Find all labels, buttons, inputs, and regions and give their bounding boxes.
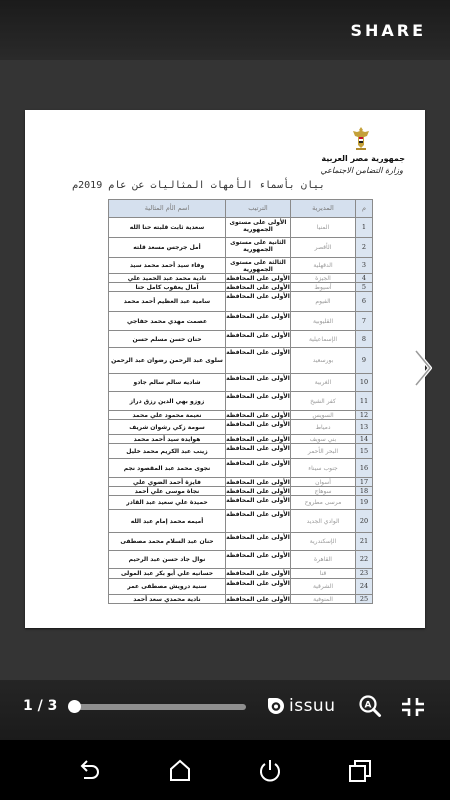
cell-rank: الأولى على المحافظة [226, 274, 291, 283]
cell-directorate: الوادي الجديد [291, 510, 356, 533]
cell-directorate: المنيا [291, 218, 356, 238]
header-rank: الترتيب [226, 200, 291, 218]
cell-directorate: سوهاج [291, 487, 356, 496]
mothers-table: م المديرية الترتيب اسم الأم المثالية 1ال… [108, 199, 373, 604]
cell-directorate: بني سويف [291, 435, 356, 444]
cell-num: 5 [356, 283, 373, 292]
table-row: 16جنوب سيناءالأولى على المحافظةنجوى محمد… [109, 459, 373, 478]
cell-rank: الأولى على المحافظة [226, 595, 291, 604]
cell-num: 15 [356, 444, 373, 459]
header-directorate: المديرية [291, 200, 356, 218]
cell-directorate: الأقصر [291, 238, 356, 258]
cell-name: نعيمة محمود علي محمد [109, 411, 226, 420]
cell-name: عصمت مهدي محمد خفاجي [109, 312, 226, 331]
zoom-search-icon[interactable]: A [358, 694, 382, 718]
cell-directorate: الغربية [291, 374, 356, 392]
cell-name: سنية درويش مصطفى عمر [109, 579, 226, 595]
cell-name: وفاء سيد أحمد محمد سيد [109, 258, 226, 274]
cell-name: شاديه سالم سالم جادو [109, 374, 226, 392]
table-row: 1المنياالأولى على مستوى الجمهوريةسعدية ث… [109, 218, 373, 238]
page-slider[interactable] [70, 704, 246, 710]
cell-name: نادية محمد عبد الحميد علي [109, 274, 226, 283]
page-indicator: 1 / 3 [23, 698, 57, 714]
cell-directorate: مرسى مطروح [291, 496, 356, 510]
android-nav-bar [0, 740, 450, 800]
issuu-logo-link[interactable]: issuu [266, 695, 336, 717]
table-row: 23قناالأولى على المحافظةحسانيه علي أبو ب… [109, 569, 373, 579]
cell-directorate: القاهرة [291, 551, 356, 569]
table-row: 7القليوبيةالأولى على المحافظةعصمت مهدي م… [109, 312, 373, 331]
cell-name: نوال جاد حسن عبد الرحيم [109, 551, 226, 569]
reader-controls-bar: 1 / 3 issuu A [0, 680, 450, 740]
cell-directorate: الشرقية [291, 579, 356, 595]
recent-apps-icon[interactable] [347, 758, 373, 784]
cell-rank: الثانية على مستوى الجمهورية [226, 238, 291, 258]
cell-directorate: الدقهلية [291, 258, 356, 274]
cell-num: 11 [356, 392, 373, 411]
table-row: 4الجيزةالأولى على المحافظةنادية محمد عبد… [109, 274, 373, 283]
cell-rank: الأولى على المحافظة [226, 392, 291, 411]
page-slider-thumb[interactable] [68, 700, 81, 713]
cell-name: نجاة موسى علي أحمد [109, 487, 226, 496]
cell-num: 19 [356, 496, 373, 510]
cell-name: سامية عبد العظيم أحمد محمد [109, 292, 226, 312]
cell-directorate: الإسماعيلية [291, 331, 356, 348]
cell-directorate: الإسكندرية [291, 533, 356, 551]
cell-rank: الأولى على المحافظة [226, 579, 291, 595]
cell-num: 23 [356, 569, 373, 579]
cell-name: حنان عبد السلام محمد مصطفى [109, 533, 226, 551]
cell-directorate: البحر الأحمر [291, 444, 356, 459]
cell-name: حنان حسن مسلم حسن [109, 331, 226, 348]
cell-num: 7 [356, 312, 373, 331]
cell-num: 25 [356, 595, 373, 604]
svg-text:A: A [365, 701, 372, 711]
table-row: 6الفيومالأولى على المحافظةسامية عبد العظ… [109, 292, 373, 312]
cell-num: 16 [356, 459, 373, 478]
government-name: جمهورية مصر العربية [321, 154, 405, 163]
table-row: 9بورسعيدالأولى على المحافظةسلوى عبد الرح… [109, 348, 373, 374]
cell-num: 2 [356, 238, 373, 258]
cell-name: أمل جرجس مسعد قلته [109, 238, 226, 258]
cell-name: نجوى محمد عبد المقصود نجم [109, 459, 226, 478]
cell-num: 6 [356, 292, 373, 312]
header-name: اسم الأم المثالية [109, 200, 226, 218]
header-num: م [356, 200, 373, 218]
cell-num: 18 [356, 487, 373, 496]
share-button[interactable]: SHARE [350, 21, 426, 40]
cell-rank: الأولى على المحافظة [226, 374, 291, 392]
cell-directorate: القليوبية [291, 312, 356, 331]
cell-name: سعدية ثابت قلبته حنا الله [109, 218, 226, 238]
cell-rank: الأولى على المحافظة [226, 283, 291, 292]
cell-num: 12 [356, 411, 373, 420]
cell-rank: الأولى على المحافظة [226, 348, 291, 374]
table-row: 14بني سويفالأولى على المحافظةهوايده سيد … [109, 435, 373, 444]
issuu-logo-icon [266, 696, 286, 716]
cell-num: 24 [356, 579, 373, 595]
cell-num: 20 [356, 510, 373, 533]
cell-name: آمال يعقوب كامل حنا [109, 283, 226, 292]
cell-rank: الأولى على المحافظة [226, 569, 291, 579]
table-row: 8الإسماعيليةالأولى على المحافظةحنان حسن … [109, 331, 373, 348]
cell-num: 9 [356, 348, 373, 374]
document-title: بيان بأسماء الأمهات المثاليات عن عام 201… [72, 180, 325, 191]
cell-rank: الأولى على المحافظة [226, 331, 291, 348]
cell-num: 1 [356, 218, 373, 238]
cell-num: 8 [356, 331, 373, 348]
table-row: 13دمياطالأولى على المحافظةسومة زكي رشوان… [109, 420, 373, 435]
cell-num: 10 [356, 374, 373, 392]
cell-num: 14 [356, 435, 373, 444]
table-row: 12السويسالأولى على المحافظةنعيمة محمود ع… [109, 411, 373, 420]
cell-directorate: جنوب سيناء [291, 459, 356, 478]
cell-name: سلوى عبد الرحمن رضوان عبد الرحمن [109, 348, 226, 374]
table-row: 17أسوانالأولى على المحافظةفايزة أحمد الض… [109, 478, 373, 487]
home-icon[interactable] [167, 758, 193, 784]
table-row: 18سوهاجالأولى على المحافظةنجاة موسى علي … [109, 487, 373, 496]
document-page[interactable]: جمهورية مصر العربية وزارة التضامن الاجتم… [25, 110, 425, 628]
cell-directorate: بورسعيد [291, 348, 356, 374]
cell-rank: الأولى على المحافظة [226, 444, 291, 459]
cell-rank: الأولى على المحافظة [226, 510, 291, 533]
table-row: 25المنوفيةالأولى على المحافظةنادية محمدي… [109, 595, 373, 604]
cell-directorate: الجيزة [291, 274, 356, 283]
cell-directorate: أسيوط [291, 283, 356, 292]
cell-directorate: أسوان [291, 478, 356, 487]
table-row: 21الإسكندريةالأولى على المحافظةحنان عبد … [109, 533, 373, 551]
cell-directorate: كفر الشيخ [291, 392, 356, 411]
cell-rank: الأولى على مستوى الجمهورية [226, 218, 291, 238]
cell-directorate: الفيوم [291, 292, 356, 312]
cell-rank: الأولى على المحافظة [226, 478, 291, 487]
cell-rank: الأولى على المحافظة [226, 420, 291, 435]
cell-name: حسانيه علي أبو بكر عبد المولى [109, 569, 226, 579]
cell-name: هوايده سيد أحمد محمد [109, 435, 226, 444]
table-row: 2الأقصرالثانية على مستوى الجمهوريةأمل جر… [109, 238, 373, 258]
cell-rank: الثالثة على مستوى الجمهورية [226, 258, 291, 274]
cell-rank: الأولى على المحافظة [226, 487, 291, 496]
eagle-emblem-icon [351, 126, 371, 152]
exit-fullscreen-icon[interactable] [400, 696, 426, 718]
next-page-chevron-icon[interactable] [412, 348, 434, 388]
table-row: 3الدقهليةالثالثة على مستوى الجمهوريةوفاء… [109, 258, 373, 274]
issuu-brand-text: issuu [289, 696, 336, 716]
cell-num: 21 [356, 533, 373, 551]
cell-name: فايزة أحمد الضوي علي [109, 478, 226, 487]
table-row: 5أسيوطالأولى على المحافظةآمال يعقوب كامل… [109, 283, 373, 292]
cell-rank: الأولى على المحافظة [226, 551, 291, 569]
table-header-row: م المديرية الترتيب اسم الأم المثالية [109, 200, 373, 218]
table-row: 15البحر الأحمرالأولى على المحافظةزينب عب… [109, 444, 373, 459]
cell-directorate: المنوفية [291, 595, 356, 604]
cell-rank: الأولى على المحافظة [226, 312, 291, 331]
table-row: 20الوادي الجديدالأولى على المحافظةأميمه … [109, 510, 373, 533]
cell-name: حميدة علي سعيد عبد القادر [109, 496, 226, 510]
cell-name: زينب عبد الكريم محمد خليل [109, 444, 226, 459]
cell-name: سومة زكي رشوان شريف [109, 420, 226, 435]
cell-rank: الأولى على المحافظة [226, 435, 291, 444]
cell-num: 17 [356, 478, 373, 487]
cell-rank: الأولى على المحافظة [226, 292, 291, 312]
issuu-reader-screen: SHARE جمهورية مصر العربية وزارة التضامن … [0, 0, 450, 800]
cell-directorate: دمياط [291, 420, 356, 435]
cell-name: نادية محمدي سعد أحمد [109, 595, 226, 604]
cell-name: أميمه محمد إمام عبد الله [109, 510, 226, 533]
back-icon[interactable] [77, 758, 103, 784]
power-icon[interactable] [257, 758, 283, 784]
top-bar: SHARE [0, 0, 450, 60]
cell-rank: الأولى على المحافظة [226, 411, 291, 420]
cell-num: 4 [356, 274, 373, 283]
table-row: 24الشرقيةالأولى على المحافظةسنية درويش م… [109, 579, 373, 595]
cell-rank: الأولى على المحافظة [226, 533, 291, 551]
cell-name: زوزو بهي الدين رزق دراز [109, 392, 226, 411]
cell-rank: الأولى على المحافظة [226, 459, 291, 478]
table-row: 22القاهرةالأولى على المحافظةنوال جاد حسن… [109, 551, 373, 569]
table-row: 19مرسى مطروحالأولى على المحافظةحميدة علي… [109, 496, 373, 510]
cell-directorate: قنا [291, 569, 356, 579]
table-row: 10الغربيةالأولى على المحافظةشاديه سالم س… [109, 374, 373, 392]
cell-num: 22 [356, 551, 373, 569]
cell-rank: الأولى على المحافظة [226, 496, 291, 510]
ministry-name: وزارة التضامن الاجتماعي [320, 166, 403, 175]
cell-directorate: السويس [291, 411, 356, 420]
table-row: 11كفر الشيخالأولى على المحافظةزوزو بهي ا… [109, 392, 373, 411]
cell-num: 3 [356, 258, 373, 274]
cell-num: 13 [356, 420, 373, 435]
